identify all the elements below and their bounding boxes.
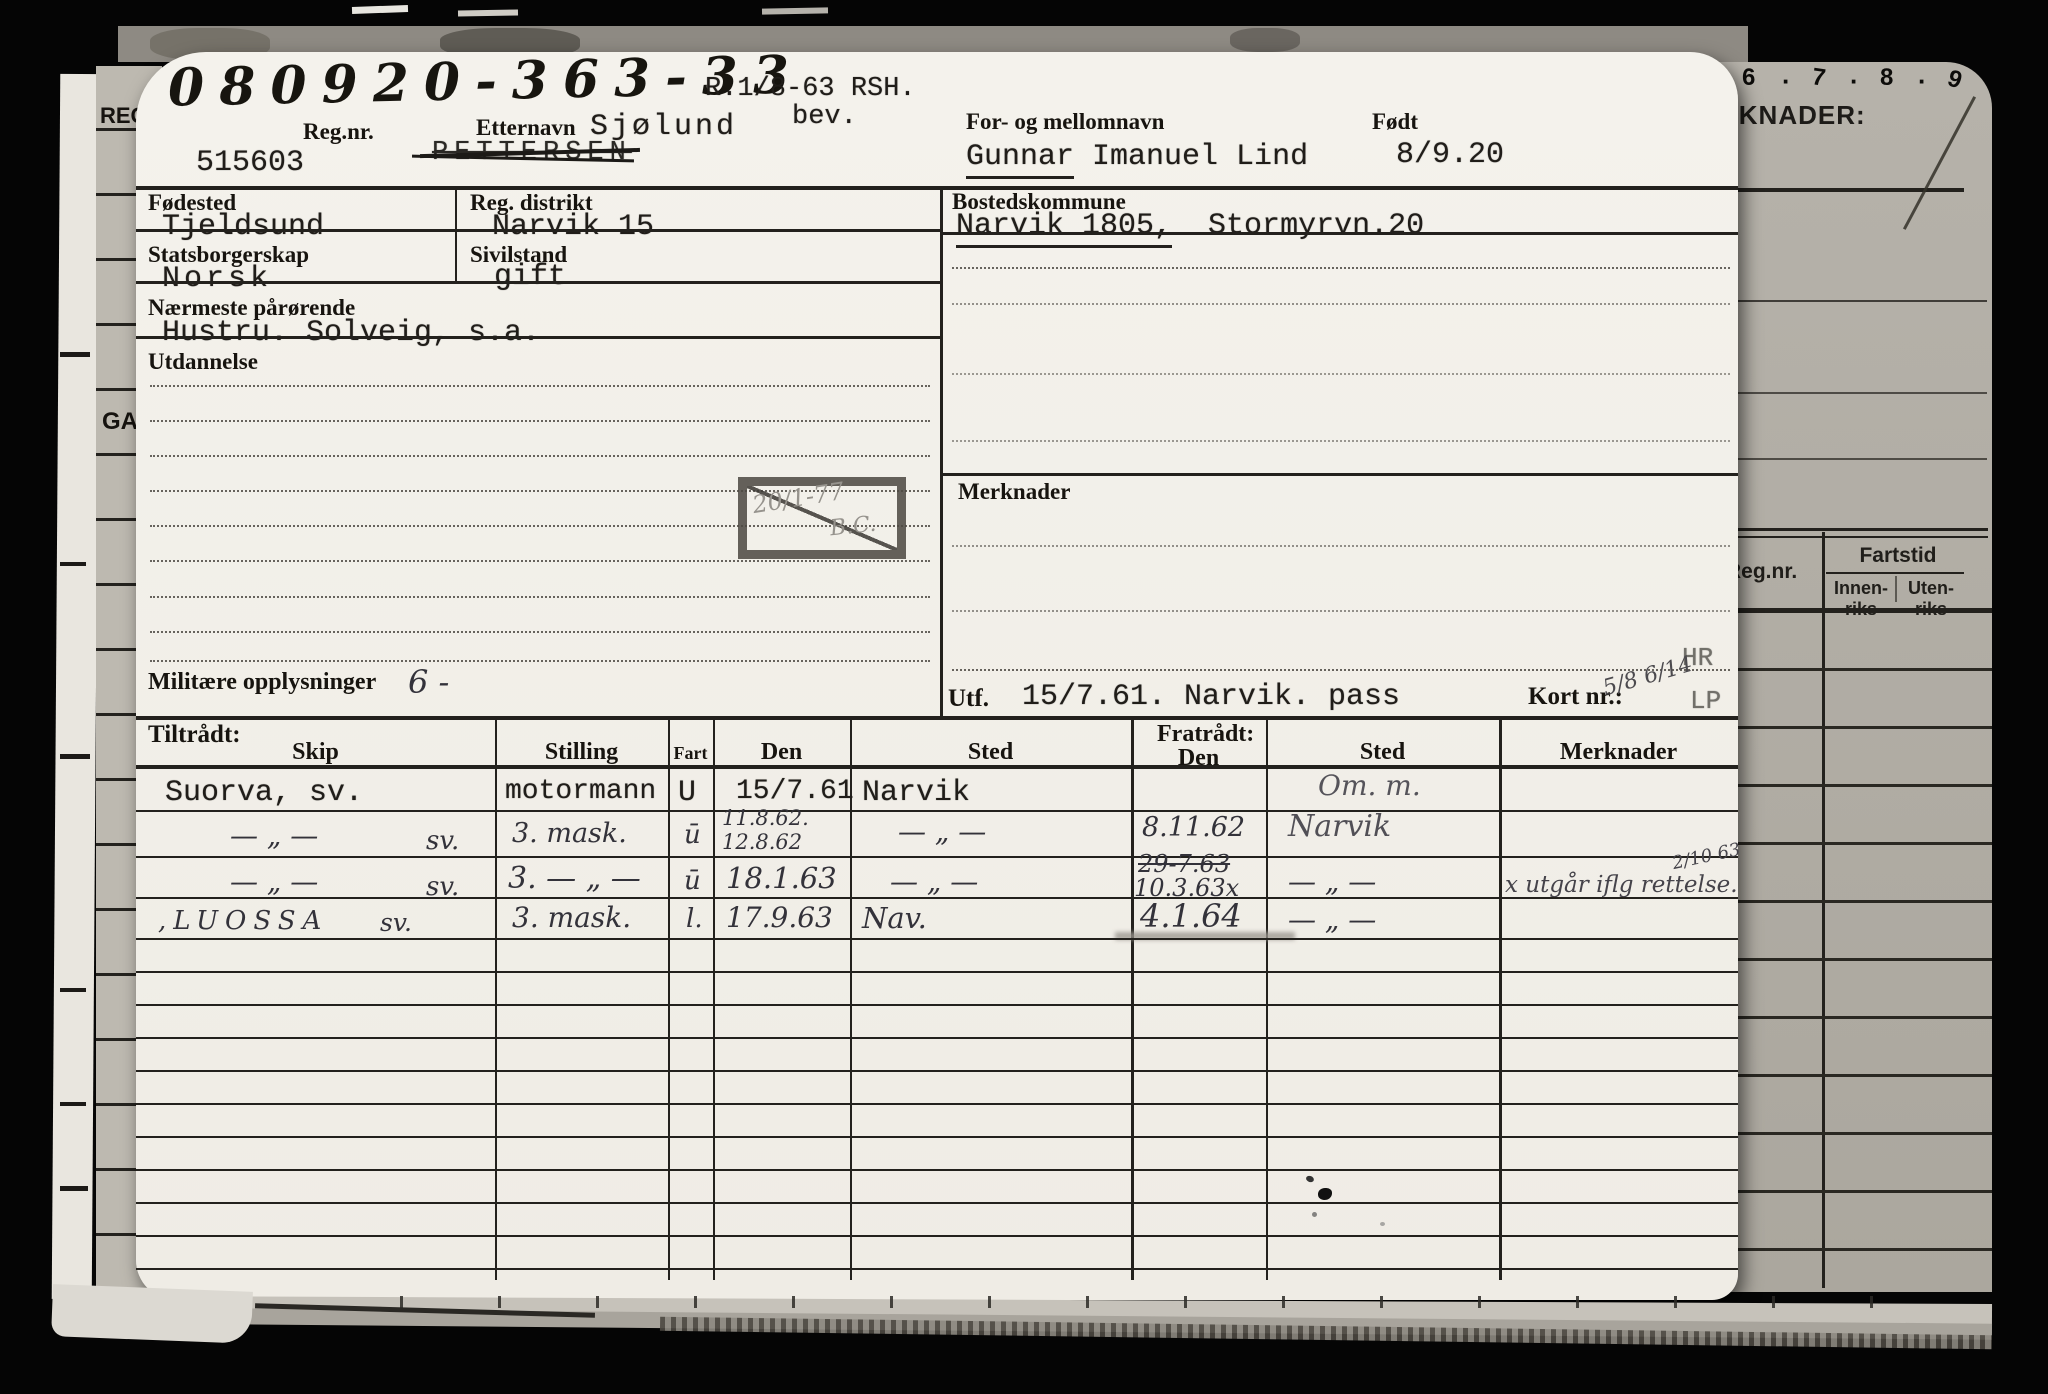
row3-fart: ū (684, 868, 701, 894)
dotted-rule (952, 610, 1730, 612)
mellomnavn-value: Gunnar Imanuel Lind (966, 142, 1308, 172)
row2-fratradt-den: 8.11.62 (1142, 814, 1245, 841)
row1-fart: U (678, 778, 696, 808)
row4-fratradt-den: 4.1.64 (1140, 900, 1242, 932)
row3-sted-ditto: — „ — (890, 868, 978, 896)
merknader-section-line (940, 473, 1738, 476)
dotted-rule (150, 455, 930, 457)
row3-fratradt-den-struck: 29-7.63 (1138, 852, 1230, 876)
bostedskommune-value: Narvik 1805, Stormyrvn.20 (956, 211, 1424, 241)
backing-line (1725, 300, 1987, 302)
row3-fratradt-sted-ditto: — „ — (1288, 868, 1376, 896)
column-divider (940, 188, 943, 718)
row2-skip-sv: sv. (426, 828, 459, 854)
table-top-line (136, 716, 1738, 720)
bosted-main-underlined: Narvik 1805, (956, 209, 1172, 248)
table-column-line (495, 718, 497, 1280)
bottom-ruler-ticks (400, 1296, 1960, 1308)
backing-fartstid-label: Fartstid (1834, 544, 1962, 568)
paper-speck (352, 5, 408, 14)
field-subdivider (455, 188, 457, 283)
table-row-line (136, 810, 1738, 812)
left-edge-tick (60, 1186, 88, 1191)
mellomnavn-label: For- og mellomnavn (966, 110, 1164, 133)
regnr-value: 515603 (196, 148, 304, 178)
dotted-rule (150, 560, 930, 562)
fodested-value: Tjeldsund (162, 212, 324, 242)
regnr-label: Reg.nr. (303, 120, 374, 143)
dotted-rule (150, 660, 930, 662)
row4-skip-sv: sv. (380, 910, 412, 935)
row4-sted: Nav. (862, 904, 927, 933)
row3-stilling: 3. — „ — (508, 864, 641, 894)
table-row-line (136, 938, 1738, 940)
militare-handwritten: 6 - (408, 666, 449, 698)
table-column-line (1499, 718, 1502, 1280)
row2-den-a: 11.8.62. (722, 808, 809, 829)
table-column-line (713, 718, 715, 1280)
dotted-rule (952, 373, 1730, 375)
left-edge-tick (60, 352, 90, 357)
main-register-card (136, 52, 1738, 1300)
left-edge-tick (60, 1102, 86, 1106)
row4-skip: ,LUOSSA (158, 908, 328, 934)
left-edge-ga-text: GA (102, 408, 138, 436)
row-line (136, 281, 940, 284)
row-line (136, 229, 940, 232)
backing-grid-rows (1722, 613, 1992, 1288)
paper-speck (762, 7, 828, 14)
dotted-rule (952, 669, 1730, 671)
left-edge-tick (60, 754, 90, 759)
dotted-rule (150, 385, 930, 387)
left-edge-tick (60, 988, 86, 992)
bottom-white-wedge (51, 1284, 253, 1344)
row-line (136, 336, 940, 339)
table-header-stilling: Stilling (495, 740, 668, 764)
table-header-den: Den (713, 740, 850, 764)
parorende-value: Hustru. Solveig, s.a. (162, 318, 540, 348)
merknader-label: Merknader (958, 480, 1070, 503)
left-edge-tick (60, 562, 86, 566)
row1-sted: Narvik (862, 778, 970, 808)
sivilstand-value: gift (494, 262, 566, 292)
table-header-fart: Fart (668, 744, 713, 762)
table-header-merknader: Merknader (1499, 740, 1738, 764)
table-column-line (1131, 718, 1134, 1280)
backing-line (1826, 572, 1964, 574)
scanned-register-card-page: MERKNADER: Reg.nr. Fartstid Innen- riks … (0, 0, 2048, 1394)
backing-line (1722, 536, 1988, 538)
fratradt-label: Fratrådt: (1157, 722, 1254, 746)
row1-fratradt-sted-handwritten: Om. m. (1318, 772, 1421, 800)
backing-line (1722, 528, 1988, 531)
mellomnavn-rest: Imanuel Lind (1074, 140, 1308, 174)
regdistrikt-value: Narvik 15 (492, 212, 654, 242)
bosted-rest: Stormyrvn.20 (1172, 209, 1424, 243)
row4-stilling: 3. mask. (512, 904, 631, 932)
ink-speck (1380, 1222, 1385, 1226)
row-line (940, 232, 1738, 235)
table-row-line (136, 856, 1738, 858)
table-row-line (136, 1070, 1738, 1072)
row1-den: 15/7.61 (736, 778, 854, 806)
dotted-rule (150, 596, 930, 598)
ruler-number-8: 8 (1880, 64, 1893, 92)
row2-sted-ditto: — „ — (898, 818, 986, 846)
row1-skip: Suorva, sv. (165, 778, 363, 808)
row4-fratradt-sted-ditto: — „ — (1288, 906, 1376, 934)
backing-line (1725, 458, 1987, 460)
table-row-line (136, 1037, 1738, 1039)
statsborgerskap-value: Norsk (162, 264, 272, 294)
left-card-edge-white (52, 74, 101, 1299)
table-row-line (136, 897, 1738, 899)
dotted-rule (150, 420, 930, 422)
row2-fratradt-sted: Narvik (1288, 812, 1391, 842)
table-row-line (136, 1103, 1738, 1105)
table-header-sted: Sted (850, 740, 1131, 764)
row2-stilling: 3. mask. (512, 820, 627, 847)
table-row-line (136, 1235, 1738, 1237)
lp-code: LP (1690, 688, 1721, 714)
dotted-rule (952, 303, 1730, 305)
ruler-dot: · (1850, 66, 1859, 97)
fodt-label: Født (1372, 110, 1418, 133)
table-row-line (136, 1169, 1738, 1171)
table-header-skip: Skip (136, 740, 495, 764)
backing-subdivider (1895, 576, 1897, 602)
table-header-bottom-line (136, 765, 1738, 769)
row3-den: 18.1.63 (726, 864, 837, 893)
table-column-line (1266, 718, 1268, 1280)
table-column-line (668, 718, 670, 1280)
ruler-dot: · (1918, 66, 1927, 97)
row4-den: 17.9.63 (726, 904, 833, 932)
table-row-line (136, 1268, 1738, 1270)
tape-blotch (1230, 28, 1300, 52)
row2-den-b: 12.8.62 (722, 832, 802, 853)
table-row-line (136, 1004, 1738, 1006)
backing-line (1722, 188, 1964, 192)
etternavn-struck-value: PETTERSEN (432, 140, 632, 167)
etternavn-label: Etternavn (476, 116, 576, 139)
ruler-number-6: 6 (1742, 64, 1755, 92)
table-row-line (136, 1202, 1738, 1204)
utf-label: Utf. (948, 686, 989, 711)
militare-label: Militære opplysninger (148, 670, 376, 694)
row1-stilling: motormann (505, 778, 656, 806)
row2-skip-ditto: — „ — (230, 822, 318, 850)
struck-name-text: PETTERSEN (432, 140, 632, 167)
rsh-annotation: R.1/8-63 RSH. (705, 76, 916, 103)
row3-skip-ditto: — „ — (230, 868, 318, 896)
row4-fart: l. (686, 906, 703, 932)
dotted-rule (952, 545, 1730, 547)
table-row-line (136, 1136, 1738, 1138)
dotted-rule (952, 440, 1730, 442)
bev-annotation: bev. (792, 104, 857, 131)
row3-merknad: x utgår iflg rettelse. (1505, 874, 1738, 897)
backing-line (1725, 392, 1987, 394)
utf-value: 15/7.61. Narvik. pass (1022, 682, 1400, 712)
dotted-rule (150, 631, 930, 633)
ruler-dot: · (1782, 66, 1791, 97)
ink-speck (1312, 1212, 1317, 1217)
fornavn-underlined: Gunnar (966, 140, 1074, 179)
table-header-sted2: Sted (1266, 740, 1499, 764)
dotted-rule (952, 267, 1730, 269)
header-divider-line (136, 186, 1738, 190)
stamp-initials-handwritten: B.C. (829, 514, 877, 541)
row2-fart: ū (684, 822, 701, 848)
fodt-value: 8/9.20 (1396, 140, 1504, 170)
utdannelse-label: Utdannelse (148, 350, 258, 373)
paper-speck (458, 9, 518, 16)
table-row-line (136, 971, 1738, 973)
